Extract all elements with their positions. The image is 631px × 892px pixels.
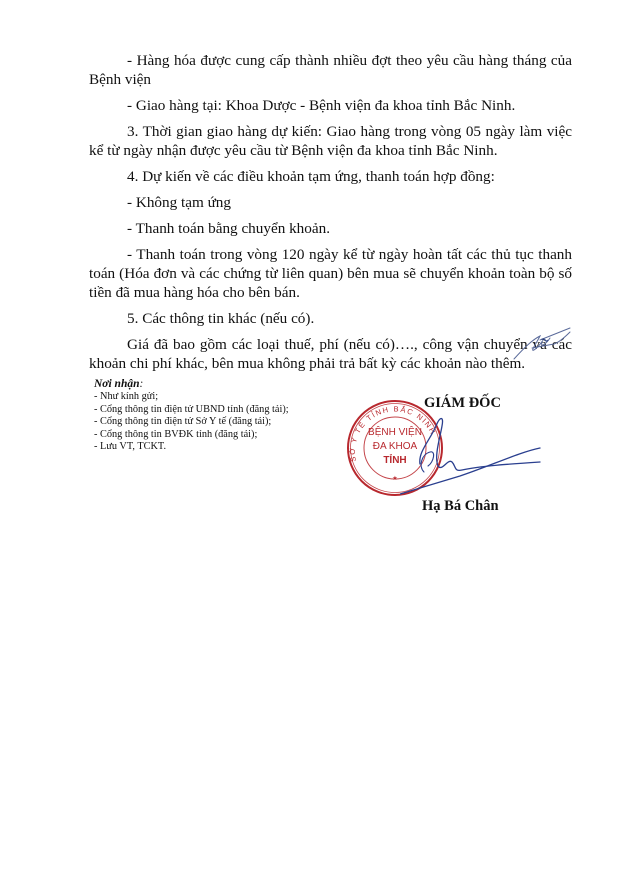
paragraph-delivery-location: - Giao hàng tại: Khoa Dược - Bệnh viện đ…: [89, 96, 572, 115]
recipients-block: Nơi nhận: - Như kính gửi; - Cổng thông t…: [94, 377, 289, 454]
recipient-item: - Lưu VT, TCKT.: [94, 441, 289, 454]
recipient-item: - Như kính gửi;: [94, 391, 289, 404]
paragraph-payment-within-120-days: - Thanh toán trong vòng 120 ngày kể từ n…: [89, 245, 572, 302]
recipient-item: - Cổng thông tin BVĐK tỉnh (đăng tải);: [94, 429, 289, 442]
director-signature-icon: [400, 412, 550, 502]
recipient-item: - Cổng thông tin điện tử UBND tỉnh (đăng…: [94, 404, 289, 417]
paragraph-delivery-time: 3. Thời gian giao hàng dự kiến: Giao hàn…: [89, 122, 572, 160]
recipients-title: Nơi nhận:: [94, 377, 289, 391]
recipient-item: - Cổng thông tin điện tử Sở Y tế (đăng t…: [94, 416, 289, 429]
svg-text:★: ★: [392, 475, 397, 482]
paragraph-bank-transfer: - Thanh toán bằng chuyển khoản.: [89, 219, 572, 238]
paragraph-delivery-batches: - Hàng hóa được cung cấp thành nhiều đợt…: [89, 51, 572, 89]
document-page: - Hàng hóa được cung cấp thành nhiều đợt…: [0, 0, 631, 892]
paragraph-price-inclusion: Giá đã bao gồm các loại thuế, phí (nếu c…: [89, 335, 572, 373]
initial-signature-icon: [510, 326, 572, 362]
document-body: - Hàng hóa được cung cấp thành nhiều đợt…: [89, 51, 572, 380]
paragraph-no-advance: - Không tạm ứng: [89, 193, 572, 212]
signatory-title: GIÁM ĐỐC: [424, 395, 501, 412]
signatory-name: Hạ Bá Chân: [422, 498, 499, 515]
paragraph-other-info: 5. Các thông tin khác (nếu có).: [89, 309, 572, 328]
paragraph-payment-terms-heading: 4. Dự kiến về các điều khoản tạm ứng, th…: [89, 167, 572, 186]
